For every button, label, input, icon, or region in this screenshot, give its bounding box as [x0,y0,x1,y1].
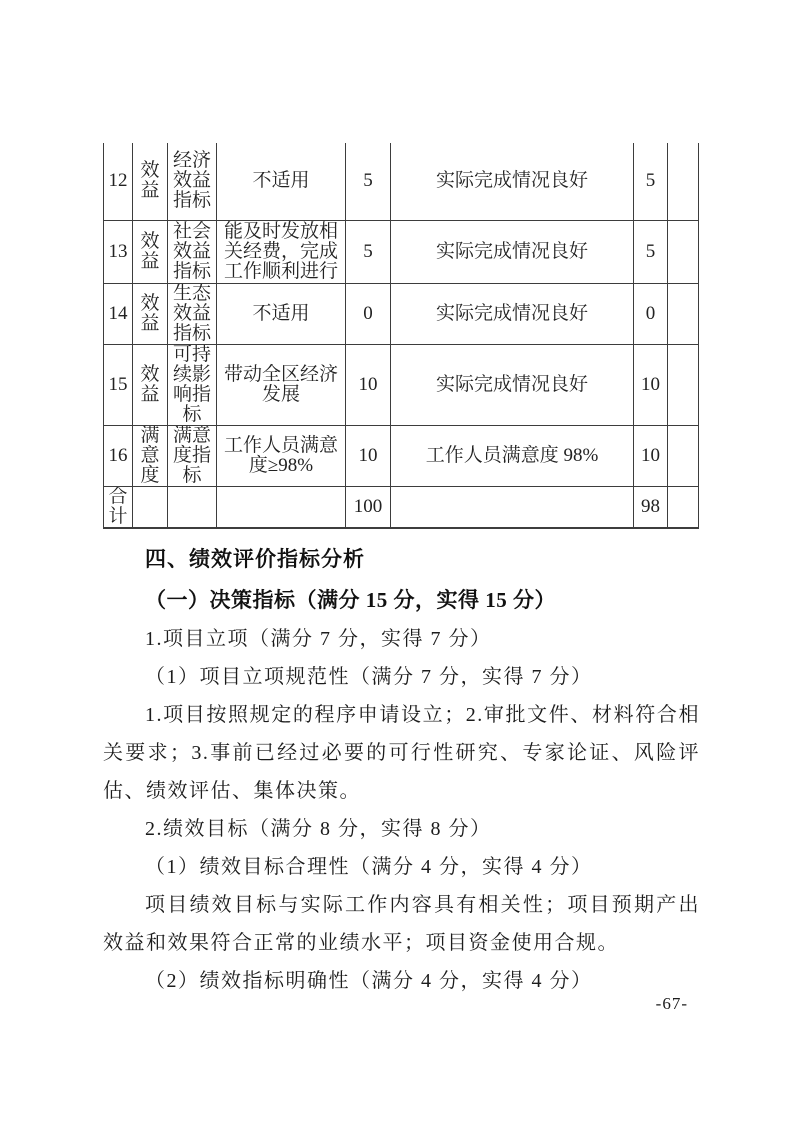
subsection-heading: （一）决策指标（满分 15 分，实得 15 分） [103,580,700,620]
cell-remark [668,143,699,220]
cell-score: 0 [634,283,668,344]
cell-category: 效益 [133,143,168,220]
cell-indicator-content: 不适用 [217,143,346,220]
cell-category: 效益 [133,344,168,425]
cell-completion [391,486,634,528]
cell-category: 效益 [133,283,168,344]
cell-max-score: 10 [346,344,391,425]
cell-max-score: 10 [346,425,391,486]
cell-completion: 实际完成情况良好 [391,143,634,220]
table-row: 14效益生态效益指标不适用0实际完成情况良好0 [104,283,699,344]
cell-score: 10 [634,344,668,425]
score-table: 12效益经济效益指标不适用5实际完成情况良好513效益社会效益指标能及时发放相关… [103,143,699,529]
text-line: （2）绩效指标明确性（满分 4 分，实得 4 分） [103,962,700,1000]
cell-max-score: 0 [346,283,391,344]
cell-indicator [168,486,217,528]
cell-remark [668,344,699,425]
cell-max-score: 5 [346,220,391,283]
cell-category: 满意度 [133,425,168,486]
cell-indicator-content: 带动全区经济发展 [217,344,346,425]
cell-index: 12 [104,143,133,220]
cell-remark [668,425,699,486]
cell-index: 15 [104,344,133,425]
table-row: 16满意度满意度指标工作人员满意度≥98%10工作人员满意度 98%10 [104,425,699,486]
cell-index: 合计 [104,486,133,528]
score-table-body: 12效益经济效益指标不适用5实际完成情况良好513效益社会效益指标能及时发放相关… [104,143,699,528]
paragraph: 项目绩效目标与实际工作内容具有相关性；项目预期产出效益和效果符合正常的业绩水平；… [103,886,700,962]
text-line: （1）绩效目标合理性（满分 4 分，实得 4 分） [103,848,700,886]
cell-indicator: 可持续影响指标 [168,344,217,425]
cell-indicator: 生态效益指标 [168,283,217,344]
content-area: 四、绩效评价指标分析（一）决策指标（满分 15 分，实得 15 分）1.项目立项… [103,524,700,1000]
cell-remark [668,486,699,528]
paragraph: 1.项目按照规定的程序申请设立；2.审批文件、材料符合相关要求；3.事前已经过必… [103,696,700,810]
cell-index: 14 [104,283,133,344]
cell-indicator-content [217,486,346,528]
text-line: 2.绩效目标（满分 8 分，实得 8 分） [103,810,700,848]
cell-max-score: 100 [346,486,391,528]
cell-max-score: 5 [346,143,391,220]
table-row: 12效益经济效益指标不适用5实际完成情况良好5 [104,143,699,220]
text-line: （1）项目立项规范性（满分 7 分，实得 7 分） [103,658,700,696]
cell-indicator: 社会效益指标 [168,220,217,283]
cell-category [133,486,168,528]
page-number: -67- [656,994,688,1014]
cell-remark [668,220,699,283]
document-page: 12效益经济效益指标不适用5实际完成情况良好513效益社会效益指标能及时发放相关… [0,0,793,1122]
cell-remark [668,283,699,344]
cell-indicator: 满意度指标 [168,425,217,486]
cell-category: 效益 [133,220,168,283]
cell-index: 16 [104,425,133,486]
text-line: 1.项目立项（满分 7 分，实得 7 分） [103,620,700,658]
cell-completion: 工作人员满意度 98% [391,425,634,486]
cell-completion: 实际完成情况良好 [391,283,634,344]
cell-indicator-content: 不适用 [217,283,346,344]
section-heading: 四、绩效评价指标分析 [103,540,700,580]
cell-score: 5 [634,220,668,283]
cell-score: 10 [634,425,668,486]
table-row: 13效益社会效益指标能及时发放相关经费，完成工作顺利进行5实际完成情况良好5 [104,220,699,283]
cell-completion: 实际完成情况良好 [391,220,634,283]
cell-score: 98 [634,486,668,528]
cell-indicator-content: 工作人员满意度≥98% [217,425,346,486]
cell-indicator: 经济效益指标 [168,143,217,220]
table-row: 15效益可持续影响指标带动全区经济发展10实际完成情况良好10 [104,344,699,425]
cell-completion: 实际完成情况良好 [391,344,634,425]
cell-indicator-content: 能及时发放相关经费，完成工作顺利进行 [217,220,346,283]
table-row: 合计10098 [104,486,699,528]
cell-score: 5 [634,143,668,220]
cell-index: 13 [104,220,133,283]
